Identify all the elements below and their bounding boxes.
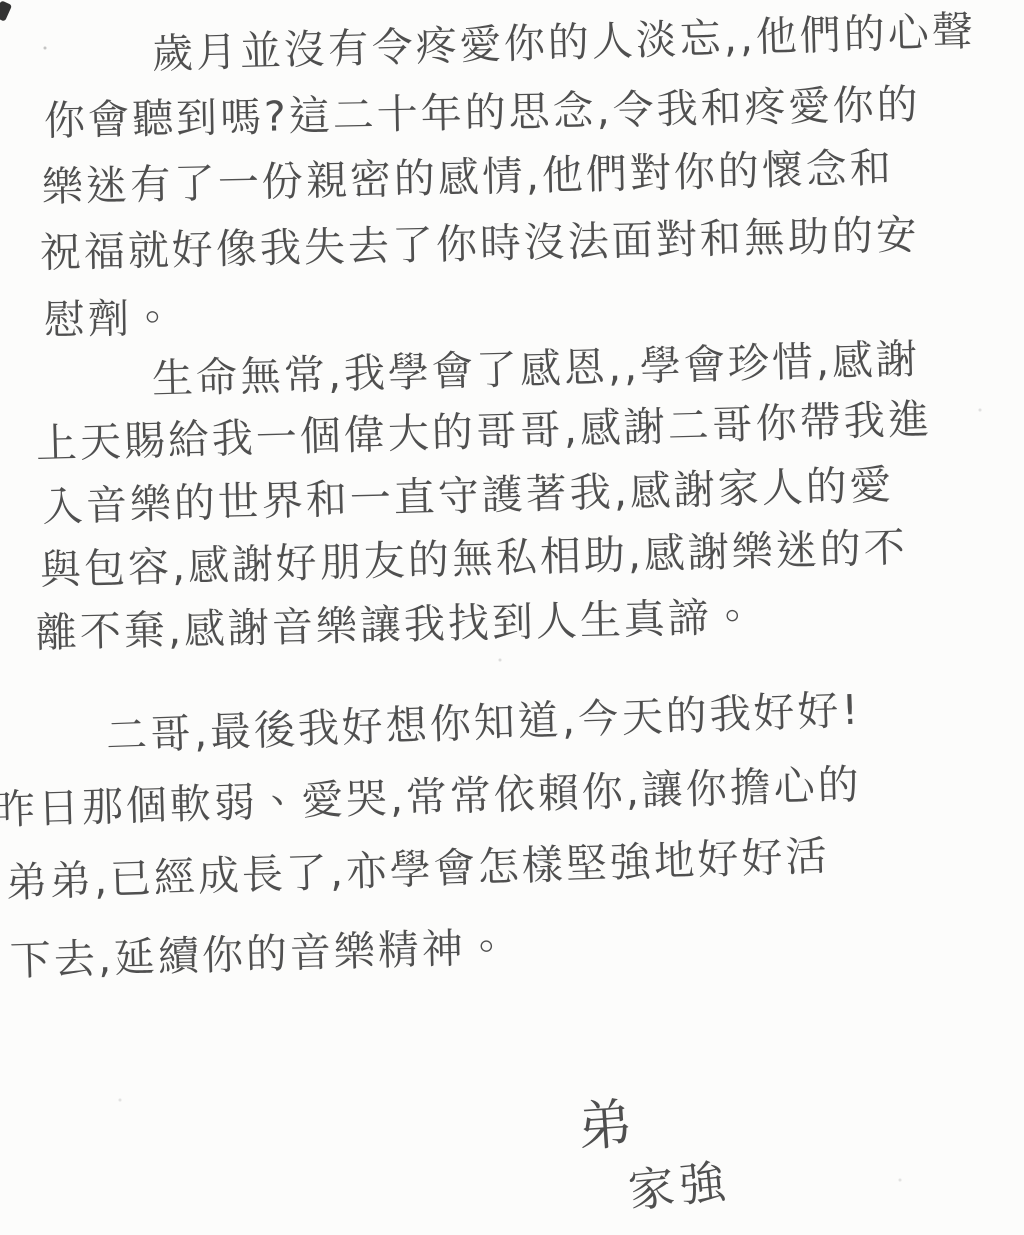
letter-line: 你會聽到嗎?這二十年的思念,令我和疼愛你的 bbox=[44, 80, 922, 146]
letter-line: 與包容,感謝好朋友的無私相助,感謝樂迷的不 bbox=[39, 523, 908, 595]
signature-relation: 弟 bbox=[575, 1081, 634, 1162]
letter-line: 祝福就好像我失去了你時沒法面對和無助的安 bbox=[39, 211, 920, 279]
letter-line: 離不棄,感謝音樂讓我找到人生真諦。 bbox=[35, 593, 756, 659]
letter-line: 慰劑。 bbox=[44, 294, 177, 345]
letter-line: 弟弟,已經成長了,亦學會怎樣堅強地好好活 bbox=[5, 832, 830, 908]
letter-line: 樂迷有了一份親密的感情,他們對你的懷念和 bbox=[41, 144, 894, 213]
letter-line: 上天賜給我一個偉大的哥哥,感謝二哥你帶我進 bbox=[35, 395, 932, 469]
letter-line: 二哥,最後我好想你知道,今天的我好好! bbox=[105, 686, 862, 762]
letter-line: 下去,延續你的音樂精神。 bbox=[9, 923, 510, 986]
letter-line: 入音樂的世界和一直守護著我,感謝家人的愛 bbox=[41, 461, 894, 532]
letter-line: 昨日那個軟弱、愛哭,常常依賴你,讓你擔心的 bbox=[0, 760, 862, 835]
letter-line: 歲月並沒有令疼愛你的人淡忘,,他們的心聲 bbox=[151, 7, 976, 79]
signature-name: 家強 bbox=[625, 1145, 733, 1221]
scan-artifact bbox=[0, 0, 12, 21]
letter-page: 歲月並沒有令疼愛你的人淡忘,,他們的心聲 你會聽到嗎?這二十年的思念,令我和疼愛… bbox=[0, 0, 1024, 1235]
letter-line: 生命無常,我學會了感恩,,學會珍惜,感謝 bbox=[151, 335, 920, 404]
